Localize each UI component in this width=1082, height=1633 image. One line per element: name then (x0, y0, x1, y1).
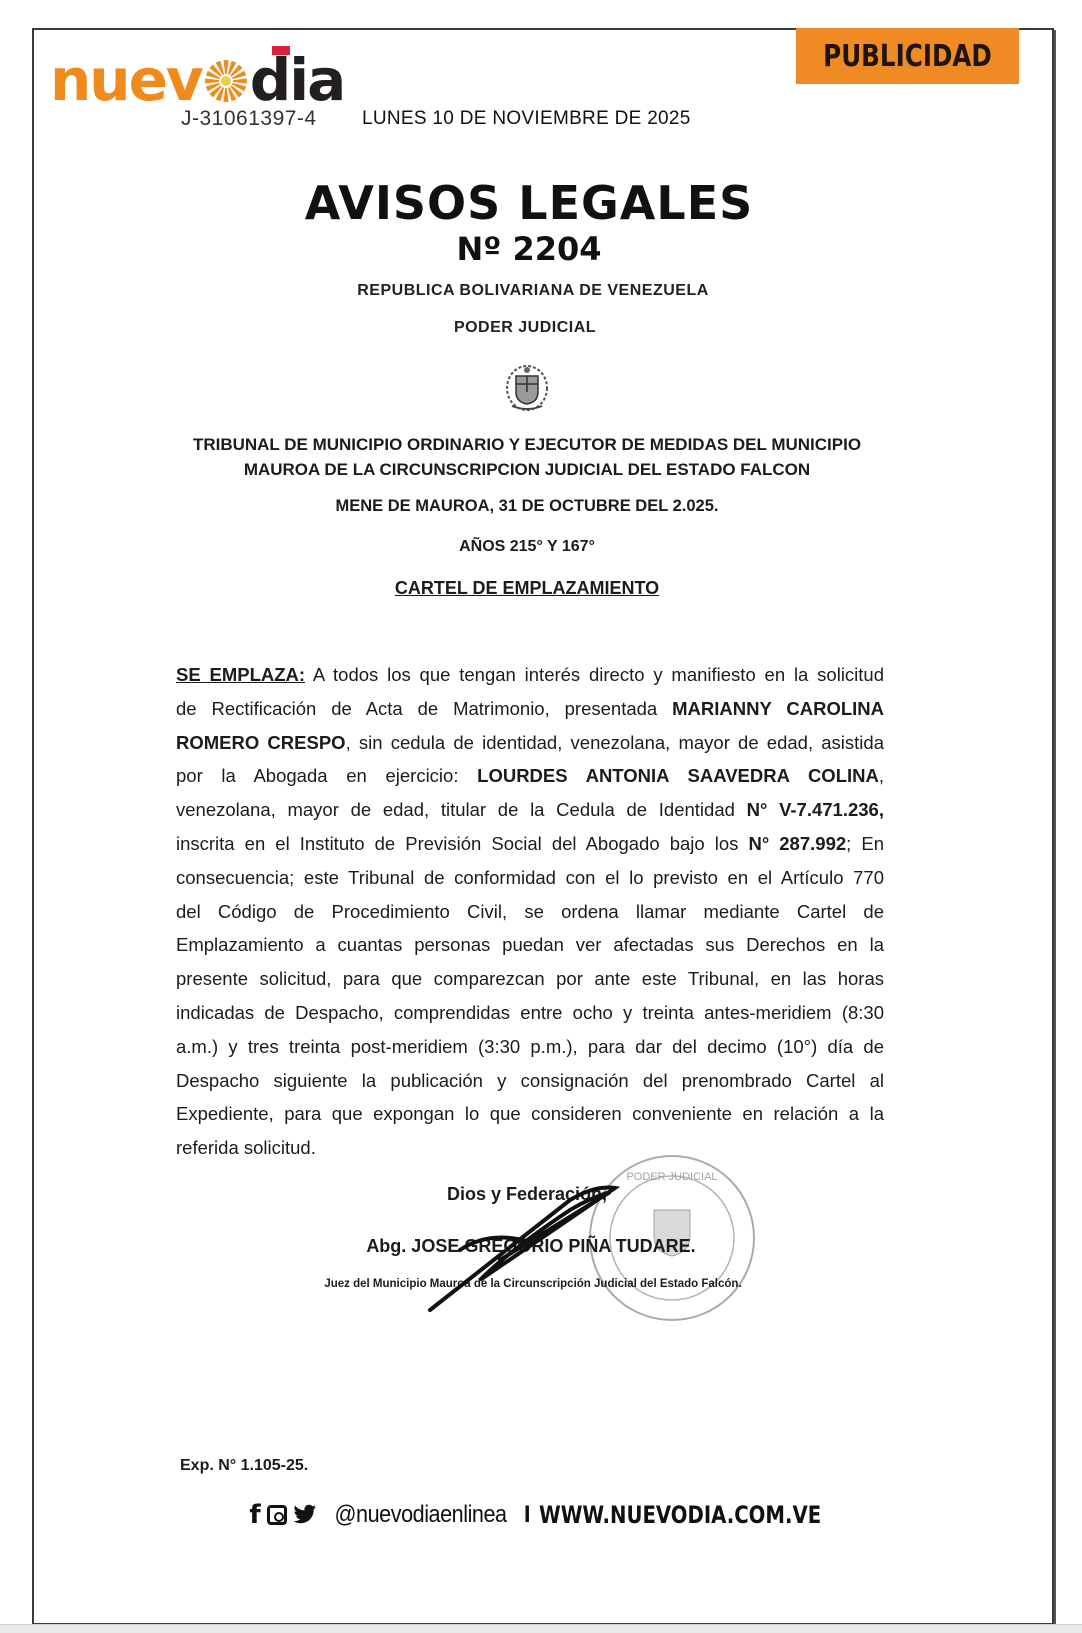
body-line: inscrita en el Instituto de Previsión So… (176, 827, 884, 861)
website-link[interactable]: WWW.NUEVODIA.COM.VE (539, 1501, 821, 1529)
newspaper-logo: nuev dia (50, 46, 344, 106)
body-line: presente solicitud, para que comparezcan… (176, 962, 884, 996)
notice-body: SE EMPLAZA: A todos los que tengan inter… (176, 658, 884, 1165)
body-line: por la Abogada en ejercicio: LOURDES ANT… (176, 759, 884, 793)
sun-logo-icon (204, 59, 248, 103)
body-line: SE EMPLAZA: A todos los que tengan inter… (176, 658, 884, 692)
footer-separator: I (524, 1501, 531, 1529)
social-handle[interactable]: @nuevodiaenlinea (334, 1501, 506, 1529)
body-line: del Código de Procedimiento Civil, se or… (176, 895, 884, 929)
body-line: Expediente, para que expongan lo que con… (176, 1097, 884, 1131)
lead-phrase: SE EMPLAZA: (176, 664, 305, 685)
notice-number: Nº 2204 (0, 230, 1070, 268)
logo-text-dark: dia (250, 54, 345, 106)
page-bottom-edge (0, 1624, 1082, 1633)
tax-id: J-31061397-4 (181, 107, 317, 131)
branch-heading: PODER JUDICIAL (0, 319, 1066, 337)
footer-social-bar: f @nuevodiaenlinea I WWW.NUEVODIA.COM.VE (0, 1500, 1082, 1530)
section-badge: PUBLICIDAD (796, 28, 1019, 84)
tribunal-name: TRIBUNAL DE MUNICIPIO ORDINARIO Y EJECUT… (0, 432, 1068, 482)
body-line: a.m.) y tres treinta post-meridiem (3:30… (176, 1030, 884, 1064)
body-line: ROMERO CRESPO, sin cedula de identidad, … (176, 726, 884, 760)
facebook-icon[interactable]: f (249, 1500, 260, 1530)
body-line: de Rectificación de Acta de Matrimonio, … (176, 692, 884, 726)
notice-type: CARTEL DE EMPLAZAMIENTO (0, 578, 1068, 599)
logo-text-orange: nuev (50, 54, 202, 106)
years-line: AÑOS 215° Y 167° (0, 538, 1068, 556)
body-line: consecuencia; este Tribunal de conformid… (176, 861, 884, 895)
handwritten-signature (420, 1170, 650, 1320)
issue-date: LUNES 10 DE NOVIEMBRE DE 2025 (362, 108, 691, 130)
body-line: Emplazamiento a cuantas personas puedan … (176, 928, 884, 962)
body-line: referida solicitud. (176, 1131, 884, 1165)
body-line: venezolana, mayor de edad, titular de la… (176, 793, 884, 827)
coat-of-arms-icon (500, 362, 554, 414)
page-title: AVISOS LEGALES (0, 176, 1070, 230)
case-number: Exp. N° 1.105-25. (180, 1457, 308, 1475)
body-line: indicadas de Despacho, comprendidas entr… (176, 996, 884, 1030)
republic-heading: REPUBLICA BOLIVARIANA DE VENEZUELA (0, 282, 1074, 300)
instagram-icon[interactable] (267, 1505, 287, 1525)
logo-accent-bar (272, 46, 290, 55)
place-and-date: MENE DE MAUROA, 31 DE OCTUBRE DEL 2.025. (0, 497, 1068, 516)
twitter-bird-icon[interactable] (293, 1504, 317, 1526)
body-line: Despacho siguiente la publicación y cons… (176, 1064, 884, 1098)
